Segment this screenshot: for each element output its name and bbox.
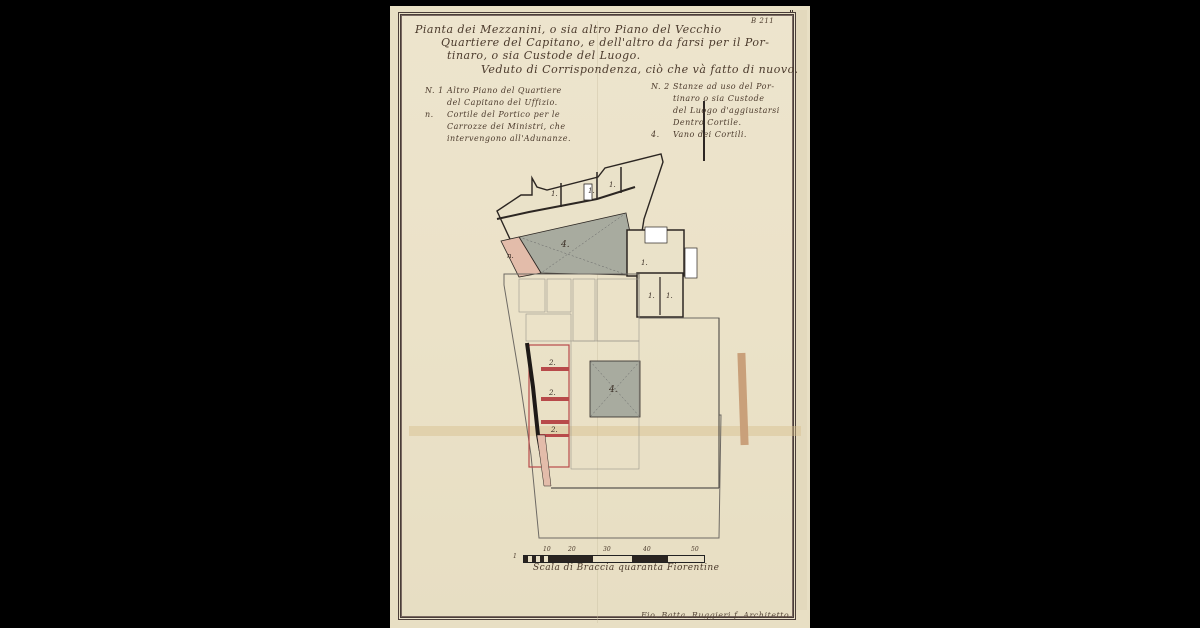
label-room-1: 1. xyxy=(648,292,655,300)
scale-caption: Scala di Braccia quaranta Fiorentine xyxy=(533,563,719,573)
paper: B 211 Pianta dei Mezzanini, o sia altro … xyxy=(398,12,796,620)
label-courtyard-4: 4. xyxy=(560,240,570,250)
document-sheet: B 211 Pianta dei Mezzanini, o sia altro … xyxy=(390,6,810,628)
floor-plan: 1. 1. 1. 1. 4. n. 4. 2. 2. 2. 1. 1. xyxy=(401,15,793,617)
label-room-1: 1. xyxy=(588,187,595,195)
label-room-2: 2. xyxy=(548,389,556,397)
label-room-1: 1. xyxy=(641,259,648,267)
signature: Fio. Batta. Ruggieri f. Architetto xyxy=(641,611,789,620)
label-room-2: 2. xyxy=(548,359,556,367)
label-room-2: 2. xyxy=(550,426,558,434)
label-pink-room: n. xyxy=(507,252,514,260)
label-room-1: 1. xyxy=(666,292,673,300)
label-courtyard-4-small: 4. xyxy=(608,385,618,395)
label-room-1: 1. xyxy=(609,181,616,189)
label-room-1: 1. xyxy=(551,190,558,198)
